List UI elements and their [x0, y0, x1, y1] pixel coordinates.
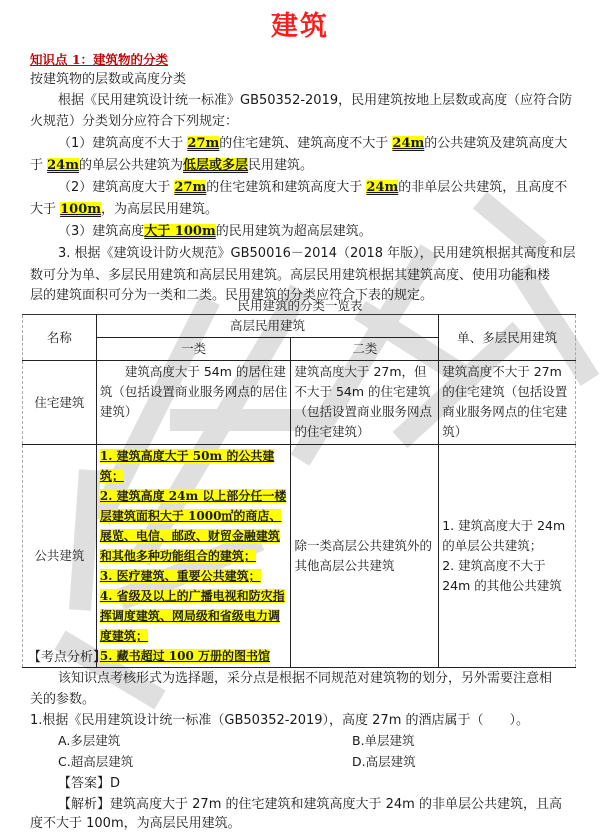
analysis-text-line-2: 关的参数。: [30, 690, 95, 710]
explanation-line-1: 【解析】建筑高度大于 27m 的住宅建筑和建筑高度大于 24m 的非单层公共建筑…: [58, 795, 562, 815]
highlight-value: 24m: [47, 158, 79, 173]
table-caption: 民用建筑的分类一览表: [0, 296, 600, 316]
header-class-2: 二类: [291, 338, 439, 361]
cell-residential-class-2: 建筑高度大于 27m，但不大于 54m 的住宅建筑（包括设置商业服务网点的住宅建…: [291, 361, 439, 445]
explanation-line-2: 度不大于 100m，为高层民用建筑。: [30, 814, 241, 833]
highlight-value: 24m: [392, 136, 424, 151]
paragraph-1-line-1: 根据《民用建筑设计统一标准》GB50352-2019，民用建筑按地上层数或高度（…: [58, 91, 572, 111]
highlight-value: 大于 100m: [144, 224, 215, 239]
table-header-row: 名称 高层民用建筑 单、多层民用建筑: [23, 315, 576, 338]
list-item: 1. 建筑高度大于 50m 的公共建筑；: [100, 449, 274, 483]
option-b: B.单层建筑: [352, 731, 415, 751]
header-name: 名称: [23, 315, 97, 361]
knowledge-point-heading: 知识点 1：建筑物的分类: [30, 50, 168, 71]
question-stem: 1.根据《民用建筑设计统一标准（GB50352-2019），高度 27m 的酒店…: [30, 711, 529, 731]
list-item: 4. 省级及以上的广播电视和防灾指挥调度建筑、网局级和省级电力调度建筑；: [100, 589, 285, 643]
table-row: 住宅建筑 建筑高度大于 54m 的居住建筑（包括设置商业服务网点的居住建筑） 建…: [23, 361, 576, 445]
header-low-multi: 单、多层民用建筑: [439, 315, 576, 361]
paragraph-3-line-2: 数可分为单、多层民用建筑和高层民用建筑。高层民用建筑根据其建筑高度、使用功能和楼: [30, 266, 550, 286]
option-c: C.超高层建筑: [58, 752, 133, 772]
header-high-rise: 高层民用建筑: [96, 315, 438, 338]
highlight-value: 100m: [60, 202, 101, 217]
paragraph-1-line-2: 火规范）分类划分应符合下列规定：: [30, 112, 238, 132]
list-item: 3. 医疗建筑、重要公共建筑；: [100, 569, 261, 583]
rule-2-line-2: 大于 100m，为高层民用建筑。: [30, 200, 218, 220]
highlight-value: 27m: [174, 180, 206, 195]
analysis-heading: 【考点分析】: [28, 648, 106, 668]
cell-residential-class-1: 建筑高度大于 54m 的居住建筑（包括设置商业服务网点的居住建筑）: [96, 361, 291, 445]
highlight-value: 低层或多层: [183, 158, 248, 173]
paragraph-3-line-1: 3. 根据《建筑设计防火规范》GB50016－2014（2018 年版），民用建…: [58, 244, 576, 264]
highlight-value: 27m: [187, 136, 219, 151]
option-d: D.高层建筑: [352, 752, 416, 772]
classification-table: 名称 高层民用建筑 单、多层民用建筑 一类 二类 住宅建筑 建筑高度大于 54m…: [22, 314, 576, 668]
document-page: 建筑 知识点 1：建筑物的分类 按建筑物的层数或高度分类 根据《民用建筑设计统一…: [0, 0, 600, 833]
row-name-residential: 住宅建筑: [23, 361, 97, 445]
subheading: 按建筑物的层数或高度分类: [30, 70, 186, 90]
answer: 【答案】D: [58, 774, 120, 794]
table-row: 公共建筑 1. 建筑高度大于 50m 的公共建筑； 2. 建筑高度 24m 以上…: [23, 445, 576, 668]
cell-public-class-2: 除一类高层公共建筑外的其他高层公共建筑: [291, 445, 439, 668]
cell-public-class-1: 1. 建筑高度大于 50m 的公共建筑； 2. 建筑高度 24m 以上部分任一楼…: [96, 445, 291, 668]
answer-value: D: [110, 776, 120, 791]
cell-public-low-multi: 1. 建筑高度大于 24m 的单层公共建筑； 2. 建筑高度不大于 24m 的其…: [439, 445, 576, 668]
analysis-text-line-1: 该知识点考核形式为选择题，采分点是根据不同规范对建筑物的划分，另外需要注意相: [58, 669, 552, 689]
rule-3-line: （3）建筑高度大于 100m的民用建筑为超高层建筑。: [58, 222, 372, 242]
rule-2-line-1: （2）建筑高度大于 27m的住宅建筑和建筑高度大于 24m的非单层公共建筑，且高…: [58, 178, 567, 198]
rule-1-line-2: 于 24m的单层公共建筑为低层或多层民用建筑。: [30, 156, 313, 176]
rule-1-line-1: （1）建筑高度不大于 27m的住宅建筑、建筑高度不大于 24m的公共建筑及建筑高…: [58, 134, 567, 154]
header-class-1: 一类: [96, 338, 291, 361]
option-a: A.多层建筑: [58, 731, 120, 751]
cell-residential-low-multi: 建筑高度不大于 27m 的住宅建筑（包括设置商业服务网点的住宅建筑）: [439, 361, 576, 445]
row-name-public: 公共建筑: [23, 445, 97, 668]
list-item: 5. 藏书超过 100 万册的图书馆: [100, 649, 270, 663]
page-title: 建筑: [0, 4, 600, 43]
highlight-value: 24m: [366, 180, 398, 195]
list-item: 2. 建筑高度 24m 以上部分任一楼层建筑面积大于 1000㎡的商店、展览、电…: [100, 489, 286, 563]
